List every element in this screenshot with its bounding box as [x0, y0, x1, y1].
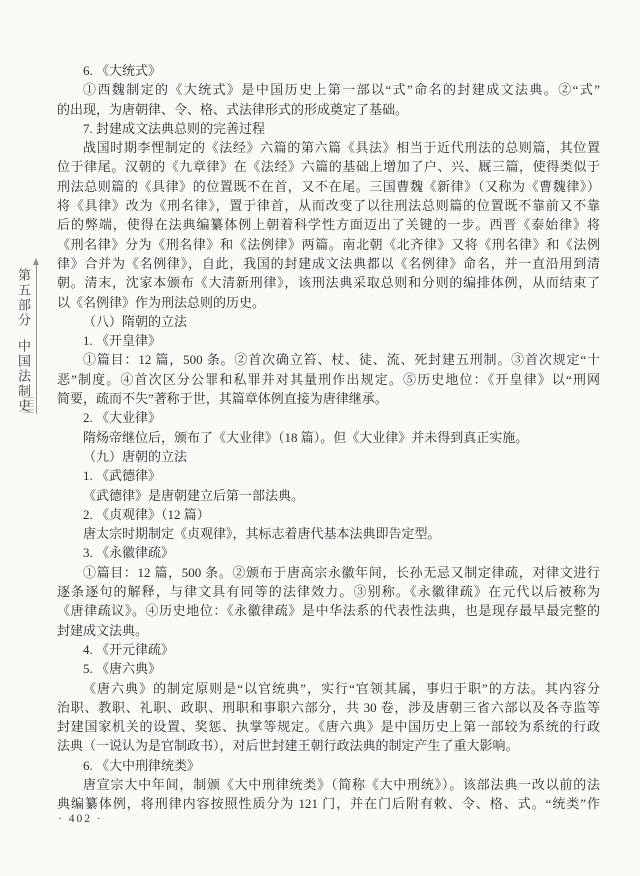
text-line: 战国时期李悝制定的《法经》六篇的第六篇《具法》相当于近代刑法的总则篇，其位置 — [57, 138, 600, 157]
text-line: 将《具律》改为《刑名律》，置于律首，从而改变了以往刑法总则篇的位置既不靠前又不靠 — [57, 196, 600, 215]
text-line: 6. 《大统式》 — [57, 61, 600, 80]
text-line: ①篇目：12 篇，500 条。②首次确立笞、杖、徒、流、死封建五刑制。③首次规定… — [57, 350, 600, 369]
text-line: 隋炀帝继位后，颁布了《大业律》（18 篇）。但《大业律》并未得到真正实施。 — [57, 428, 600, 447]
book-page: 第五部分中国法制史 6. 《大统式》①西魏制定的《大统式》是中国历史上第一部以“… — [0, 0, 640, 876]
text-line: 3. 《永徽律疏》 — [57, 543, 600, 562]
margin-rule — [36, 260, 37, 414]
text-line: 后的弊端，使得在法典编纂体例上朝着科学性方面迈出了关键的一步。西晋《泰始律》将 — [57, 215, 600, 234]
part-title-vertical: 第五部分中国法制史 — [14, 268, 33, 418]
text-line: 1. 《武德律》 — [57, 466, 600, 485]
subject-label: 中国法制史 — [16, 339, 31, 414]
text-line: 刑法总则篇的《具律》的位置既不在首，又不在尾。三国曹魏《新律》（又称为《曹魏律》… — [57, 177, 600, 196]
text-line: 朝。清末，沈家本颁布《大清新刑律》，该刑法典采取总则和分则的编排体例，从而结束了 — [57, 273, 600, 292]
text-line: ①篇目：12 篇，500 条。②颁布于唐高宗永徽年间，长孙无忌又制定律疏，对律文… — [57, 563, 600, 582]
text-line: 2. 《贞观律》（12 篇） — [57, 505, 600, 524]
text-line: 典编纂体例，将刑律内容按照性质分为 121 门，并在门后附有敕、令、格、式。“统… — [57, 794, 600, 813]
text-line: 封建国家机关的设置、奖惩、执掌等规定。《唐六典》是中国历史上第一部较为系统的行政 — [57, 717, 600, 736]
text-line: （八）隋朝的立法 — [57, 312, 600, 331]
text-line: 唐太宗时期制定《贞观律》，其标志着唐代基本法典即告定型。 — [57, 524, 600, 543]
text-line: 2. 《大业律》 — [57, 408, 600, 427]
text-line: 《武德律》是唐朝建立后第一部法典。 — [57, 486, 600, 505]
text-line: 《唐六典》的制定原则是“以官统典”，实行“官领其属，事归于职”的方法。其内容分 — [57, 679, 600, 698]
text-line: 的出现，为唐朝律、令、格、式法律形式的形成奠定了基础。 — [57, 100, 600, 119]
text-line: 5. 《唐六典》 — [57, 659, 600, 678]
text-line: 律》合并为《名例律》，自此，我国的封建成文法典都以《名例律》命名，并一直沿用到清 — [57, 254, 600, 273]
text-line: 治职、教职、礼职、政职、刑职和事职六部分，共 30 卷，涉及唐朝三省六部以及各寺… — [57, 698, 600, 717]
text-line: 6. 《大中刑律统类》 — [57, 756, 600, 775]
text-line: 《刑名律》分为《刑名律》和《法例律》两篇。南北朝《北齐律》又将《刑名律》和《法例 — [57, 235, 600, 254]
text-line: 简要，疏而不失”著称于世，其篇章体例直接为唐律继承。 — [57, 389, 600, 408]
text-line: 法典（一说认为是官制政书），对后世封建王朝行政法典的制定产生了重大影响。 — [57, 736, 600, 755]
text-line: 以《名例律》作为刑法总则的历史。 — [57, 293, 600, 312]
text-line: 封建成文法典。 — [57, 621, 600, 640]
text-line: 7. 封建成文法典总则的完善过程 — [57, 119, 600, 138]
text-line: 位于律尾。汉朝的《九章律》在《法经》六篇的基础上增加了户、兴、厩三篇，使得类似于 — [57, 157, 600, 176]
text-line: 4. 《开元律疏》 — [57, 640, 600, 659]
text-line: ①西魏制定的《大统式》是中国历史上第一部以“式”命名的封建成文法典。②“式” — [57, 80, 600, 99]
text-line: 唐宣宗大中年间，制颁《大中刑律统类》（简称《大中刑统》）。该部法典一改以前的法 — [57, 775, 600, 794]
text-line: 《唐律疏议》。④历史地位：《永徽律疏》是中华法系的代表性法典，也是现存最早最完整… — [57, 601, 600, 620]
page-text-block: 6. 《大统式》①西魏制定的《大统式》是中国历史上第一部以“式”命名的封建成文法… — [57, 61, 600, 814]
page-number: · 402 · — [58, 813, 103, 825]
text-line: （九）唐朝的立法 — [57, 447, 600, 466]
text-line: 恶”制度。④首次区分公罪和私罪并对其量刑作出规定。⑤历史地位：《开皇律》以“刑网 — [57, 370, 600, 389]
text-line: 逐条逐句的解释，与律文具有同等的法律效力。③别称。《永徽律疏》在元代以后被称为 — [57, 582, 600, 601]
arrow-up-icon — [33, 258, 39, 265]
part-label: 第五部分 — [16, 268, 31, 328]
text-line: 1. 《开皇律》 — [57, 331, 600, 350]
